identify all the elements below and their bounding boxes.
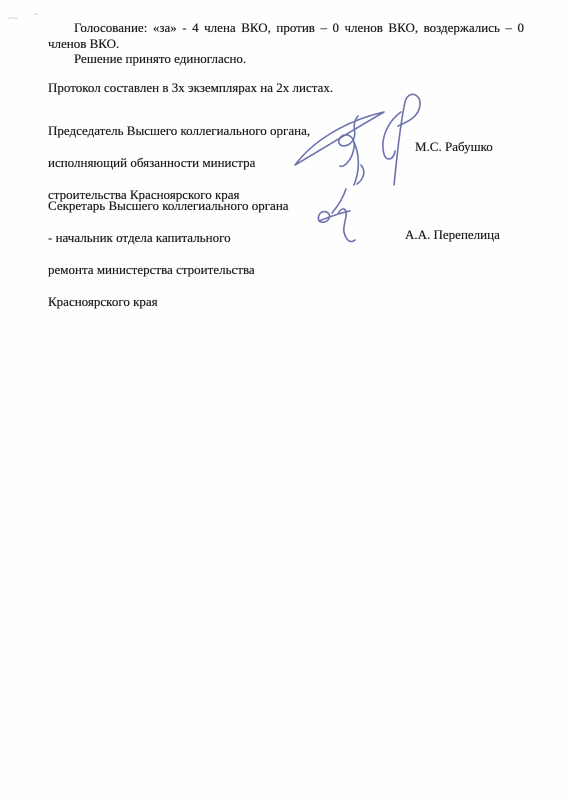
secretary-title-line: Красноярского края xyxy=(48,294,378,310)
chairman-title-line: исполняющий обязанности министра xyxy=(48,155,378,171)
voting-results-paragraph: Голосование: «за» - 4 члена ВКО, против … xyxy=(48,20,524,52)
secretary-title-line: - начальник отдела капитального xyxy=(48,230,378,246)
scanned-protocol-page: Голосование: «за» - 4 члена ВКО, против … xyxy=(0,0,565,800)
secretary-title-line: ремонта министерства строительства xyxy=(48,262,378,278)
scan-artifact-mark xyxy=(6,10,48,24)
chairman-name: М.С. Рабушко xyxy=(415,139,493,155)
chairman-title-line: Председатель Высшего коллегиального орга… xyxy=(48,123,378,139)
decision-line: Решение принято единогласно. xyxy=(48,51,524,67)
secretary-title-block: Секретарь Высшего коллегиального органа … xyxy=(48,182,378,326)
secretary-title-line: Секретарь Высшего коллегиального органа xyxy=(48,198,378,214)
secretary-name: А.А. Перепелица xyxy=(405,227,500,243)
protocol-copies-line: Протокол составлен в 3х экземплярах на 2… xyxy=(48,80,524,96)
